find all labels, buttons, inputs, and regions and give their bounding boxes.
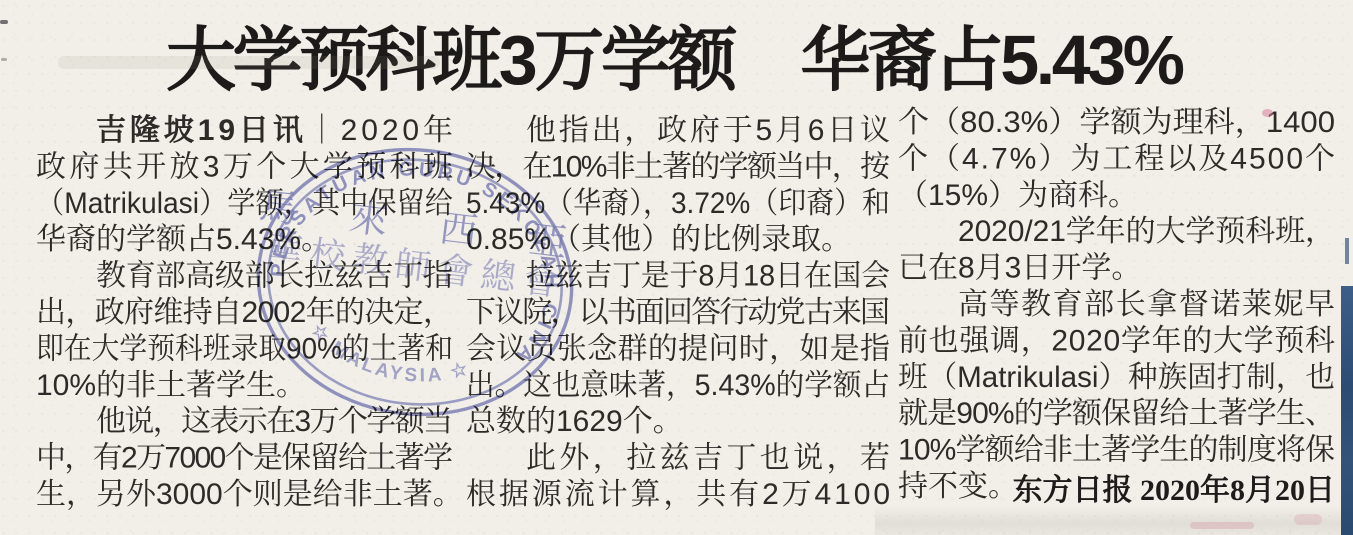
- article-line: （15%）为商科。: [898, 179, 1138, 212]
- article-line: 持不变。: [898, 470, 1018, 503]
- article-line: 个（4.7%）为工程以及4500个: [898, 142, 1335, 175]
- article-line: 2020/21学年的大学预科班，: [958, 215, 1335, 248]
- adjacent-page-graphic-tick: [1345, 238, 1349, 264]
- article-line: 就是90%的学额保留给土著学生、: [898, 397, 1335, 430]
- stamp-group: PERSATUAN GURU SEKOLAH CINA ☆ MALAYSIA ☆…: [237, 131, 597, 433]
- newspaper-clipping: 大学预科班3万学额 华裔占5.43% 吉隆坡19日讯｜2020年 政府共开放3万…: [0, 0, 1353, 535]
- article-line: 生，另外3000个则是给非土著。: [36, 478, 463, 511]
- stamp-arc-bottom-label: ☆ MALAYSIA ☆: [301, 318, 477, 394]
- article-line: 前也强调，2020学年的大学预科: [898, 324, 1335, 357]
- scan-edge-mark: [0, 20, 8, 24]
- article-column-3: 个（80.3%）学额为理科，1400 个（4.7%）为工程以及4500个 （15…: [898, 104, 1335, 520]
- source-attribution: 东方日报 2020年8月20日: [1013, 473, 1336, 507]
- article-line: 高等教育部长拿督诺莱妮早: [958, 288, 1335, 321]
- stamp-arc-text-bottom: ☆ MALAYSIA ☆: [301, 318, 477, 394]
- association-stamp: PERSATUAN GURU SEKOLAH CINA ☆ MALAYSIA ☆…: [205, 120, 625, 450]
- scan-shadow-band: [875, 506, 1341, 535]
- article-line: 已在8月3日开学。: [898, 252, 1141, 285]
- scan-edge-mark: [1, 58, 7, 61]
- article-line: 班（Matrikulasi）种族固打制，也: [898, 361, 1335, 394]
- adjacent-page-graphic-bar: [1341, 286, 1353, 535]
- scan-streak: [58, 56, 440, 69]
- scan-ink-speck: [1262, 109, 1273, 117]
- article-line: 10%学额给非土著学生的制度将保: [898, 434, 1335, 467]
- article-line: 根据源流计算，共有2万4100: [466, 478, 890, 511]
